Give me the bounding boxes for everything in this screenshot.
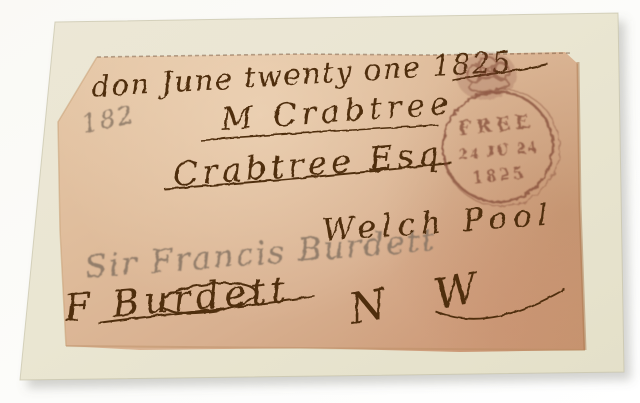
- letter-front-photo: 182 Sir Francis Burdett don June twenty …: [0, 0, 640, 403]
